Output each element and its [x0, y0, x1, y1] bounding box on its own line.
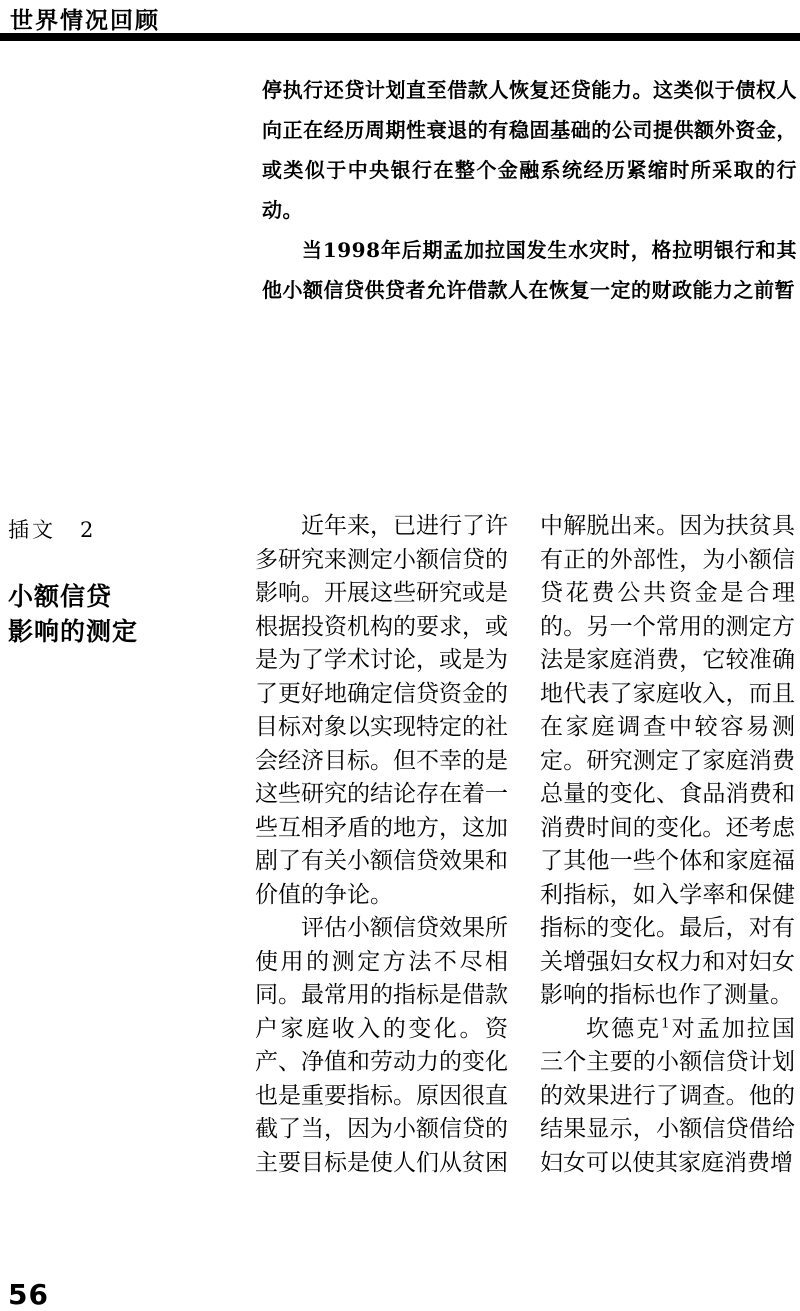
page-number: 56 [8, 1278, 49, 1311]
box-title: 小额信贷 影响的测定 [8, 579, 138, 649]
header-rule [0, 33, 800, 41]
box-column-1: 近年来，已进行了许多研究来测定小额信贷的影响。开展这些研究或是根据投资机构的要求… [255, 510, 508, 1180]
intro-text-block: 停执行还贷计划直至借款人恢复还贷能力。这类似于债权人向正在经历周期性衰退的有稳固… [262, 70, 797, 310]
box-column-1-paragraph-1: 近年来，已进行了许多研究来测定小额信贷的影响。开展这些研究或是根据投资机构的要求… [255, 510, 508, 912]
box-column-2: 中解脱出来。因为扶贫具有正的外部性，为小额信贷花费公共资金是合理的。另一个常用的… [540, 510, 795, 1180]
box-column-1-paragraph-2: 评估小额信贷效果所使用的测定方法不尽相同。最常用的指标是借款户家庭收入的变化。资… [255, 912, 508, 1180]
box-column-2-paragraph-2-rest: 对孟加拉国三个主要的小额信贷计划的效果进行了调查。他的结果显示，小额信贷借给妇女… [540, 1016, 795, 1176]
box-column-2-paragraph-1: 中解脱出来。因为扶贫具有正的外部性，为小额信贷花费公共资金是合理的。另一个常用的… [540, 510, 795, 1013]
document-page: 世界情况回顾 停执行还贷计划直至借款人恢复还贷能力。这类似于债权人向正在经历周期… [0, 0, 800, 1311]
box-title-line-1: 小额信贷 [8, 579, 138, 614]
footnote-marker: 1 [661, 1016, 669, 1031]
researcher-name: 坎德克 [586, 1016, 661, 1042]
box-title-line-2: 影响的测定 [8, 614, 138, 649]
intro-paragraph-1: 停执行还贷计划直至借款人恢复还贷能力。这类似于债权人向正在经历周期性衰退的有稳固… [262, 70, 797, 230]
box-column-2-paragraph-2: 坎德克1对孟加拉国三个主要的小额信贷计划的效果进行了调查。他的结果显示，小额信贷… [540, 1013, 795, 1181]
box-label: 插文 2 [8, 514, 96, 544]
running-header-title: 世界情况回顾 [10, 2, 160, 35]
intro-paragraph-2: 当1998年后期孟加拉国发生水灾时，格拉明银行和其他小额信贷供贷者允许借款人在恢… [262, 230, 797, 310]
